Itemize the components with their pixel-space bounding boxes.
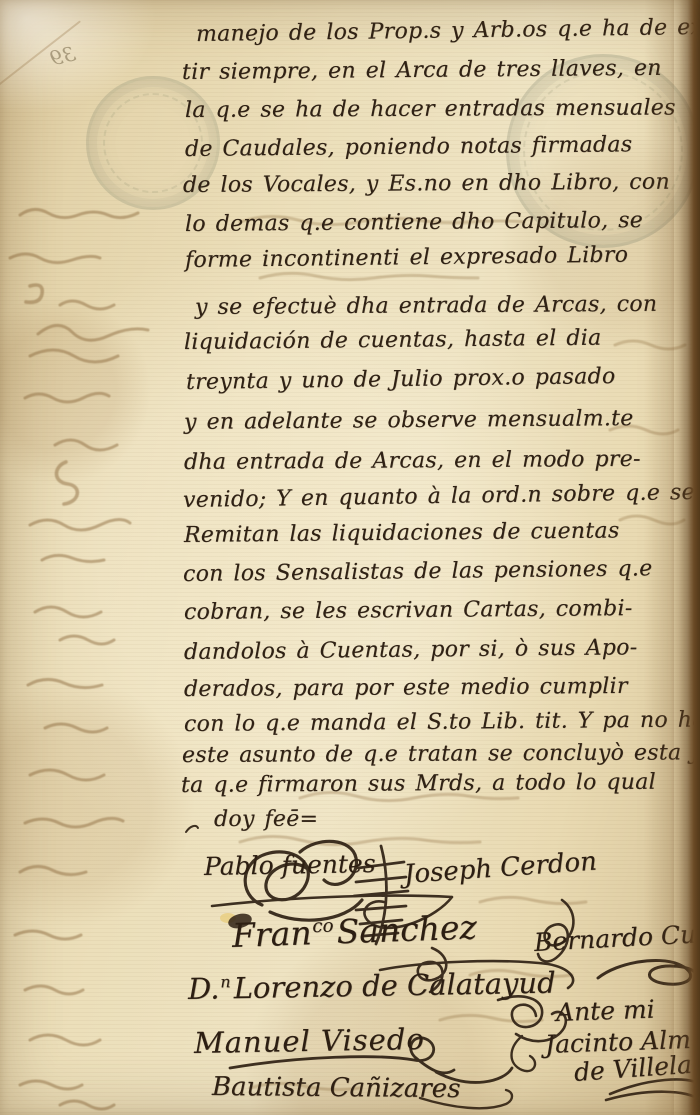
- signature-pablo-fuentes: Pablo fuentes: [204, 849, 376, 881]
- signature-francisco-superscript: co: [312, 915, 334, 937]
- manuscript-line: derados, para por este medio cumplir: [184, 674, 628, 703]
- manuscript-line: y en adelante se observe mensualm.te: [184, 406, 634, 436]
- manuscript-line: ta q.e firmaron sus Mrds, a todo lo qual: [181, 770, 656, 800]
- manuscript-line: manejo de los Prop.s y Arb.os q.e ha de …: [196, 15, 700, 49]
- signature-bautista-canizares: Bautista Cañizares: [212, 1072, 461, 1104]
- manuscript-line: doy feē=: [214, 807, 318, 834]
- signature-manuel-visedo: Manuel Visedo: [194, 1022, 425, 1060]
- signature-lorenzo-superscript: n: [220, 973, 231, 992]
- manuscript-page: 39: [0, 0, 700, 1115]
- manuscript-line: cobran, se les escrivan Cartas, combi-: [184, 596, 633, 626]
- manuscript-line: dandolos à Cuentas, por si, ò sus Apo-: [184, 635, 638, 666]
- signature-lorenzo-calatayud: D.nLorenzo de Calatayud: [188, 966, 556, 1006]
- signature-francisco-first: Fran: [231, 913, 312, 955]
- manuscript-line: con lo q.e manda el S.to Lib. tit. Y pa …: [184, 707, 700, 738]
- manuscript-line: treynta y uno de Julio prox.o pasado: [186, 364, 616, 396]
- manuscript-line: y se efectuè dha entrada de Arcas, con: [195, 292, 658, 322]
- manuscript-line: liquidación de cuentas, hasta el dia: [184, 326, 602, 357]
- signature-francisco-last: Sanchez: [336, 907, 477, 951]
- manuscript-line: tir siempre, en el Arca de tres llaves, …: [182, 56, 662, 87]
- manuscript-line: con los Sensalistas de las pensiones q.e: [183, 556, 653, 588]
- signature-lorenzo-don: D.: [188, 971, 220, 1006]
- manuscript-line: forme incontinenti el expresado Libro: [185, 243, 629, 275]
- manuscript-line: de Caudales, poniendo notas firmadas: [185, 132, 633, 163]
- ante-mi-label: Ante mi: [555, 995, 655, 1027]
- manuscript-line: venido; Y en quanto à la ord.n sobre q.e…: [183, 480, 695, 514]
- manuscript-line: lo demas q.e contiene dho Capitulo, se: [185, 208, 643, 238]
- signature-lorenzo-name: Lorenzo de Calatayud: [233, 966, 555, 1006]
- manuscript-line: Remitan las liquidaciones de cuentas: [184, 518, 620, 549]
- manuscript-line: este asunto de q.e tratan se concluyò es…: [182, 740, 700, 769]
- manuscript-line: de los Vocales, y Es.no en dho Libro, co…: [183, 170, 670, 200]
- manuscript-line: la q.e se ha de hacer entradas mensuales: [185, 95, 676, 124]
- manuscript-line: dha entrada de Arcas, en el modo pre-: [184, 447, 641, 477]
